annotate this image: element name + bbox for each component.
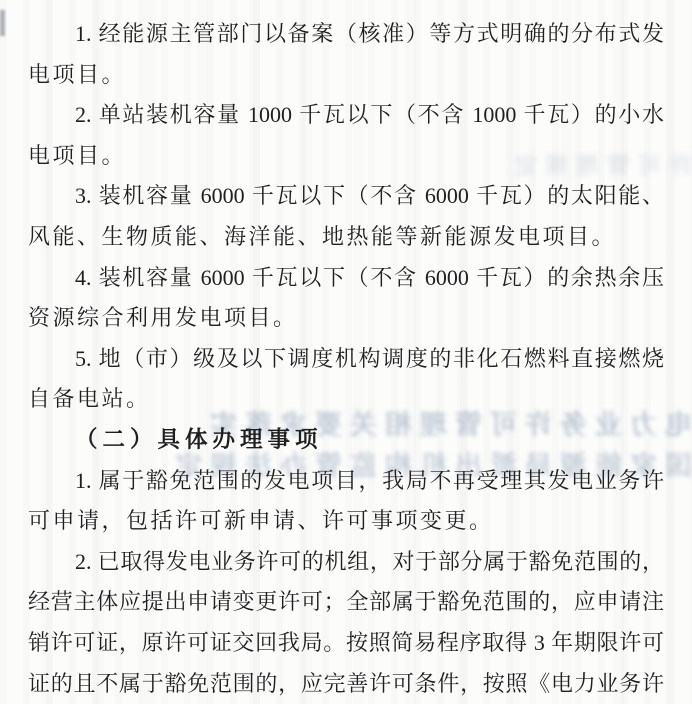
list1-item4-line2: 资源综合利用发电项目。 bbox=[28, 298, 664, 339]
list1-item5-line2: 自备电站。 bbox=[28, 379, 664, 420]
list1-item1-line2: 电项目。 bbox=[28, 55, 664, 96]
list1-item5-line1: 5. 地（市）级及以下调度机构调度的非化石燃料直接燃烧 bbox=[28, 339, 664, 380]
list1-item1-line1: 1. 经能源主管部门以备案（核准）等方式明确的分布式发 bbox=[28, 14, 664, 55]
list2-item1-line1: 1. 属于豁免范围的发电项目，我局不再受理其发电业务许 bbox=[28, 461, 664, 502]
list1-item4-line1: 4. 装机容量 6000 千瓦以下（不含 6000 千瓦）的余热余压 bbox=[28, 258, 664, 299]
list1-item2-line2: 电项目。 bbox=[28, 136, 664, 177]
list2-item2-line3: 销许可证，原许可证交回我局。按照简易程序取得 3 年期限许可 bbox=[28, 623, 664, 664]
scan-edge-artifact bbox=[0, 10, 5, 36]
list1-item2-line1: 2. 单站装机容量 1000 千瓦以下（不含 1000 千瓦）的小水 bbox=[28, 95, 664, 136]
list2-item2-line2: 经营主体应提出申请变更许可；全部属于豁免范围的，应申请注 bbox=[28, 582, 664, 623]
scanned-document-page: 许可管理规定 电力业务许可管理相关要求落实 国家能源局派出机构监管办法规定 1.… bbox=[0, 0, 692, 704]
list2-item2-line1: 2. 已取得发电业务许可的机组，对于部分属于豁免范围的， bbox=[28, 542, 664, 583]
list1-item3-line1: 3. 装机容量 6000 千瓦以下（不含 6000 千瓦）的太阳能、 bbox=[28, 176, 664, 217]
document-text-column: 1. 经能源主管部门以备案（核准）等方式明确的分布式发 电项目。 2. 单站装机… bbox=[28, 14, 664, 704]
list2-item2-line4: 证的且不属于豁免范围的，应完善许可条件，按照《电力业务许 bbox=[28, 664, 664, 704]
section-heading: （二）具体办理事项 bbox=[28, 420, 664, 461]
list1-item3-line2: 风能、生物质能、海洋能、地热能等新能源发电项目。 bbox=[28, 217, 664, 258]
list2-item1-line2: 可申请，包括许可新申请、许可事项变更。 bbox=[28, 501, 664, 542]
